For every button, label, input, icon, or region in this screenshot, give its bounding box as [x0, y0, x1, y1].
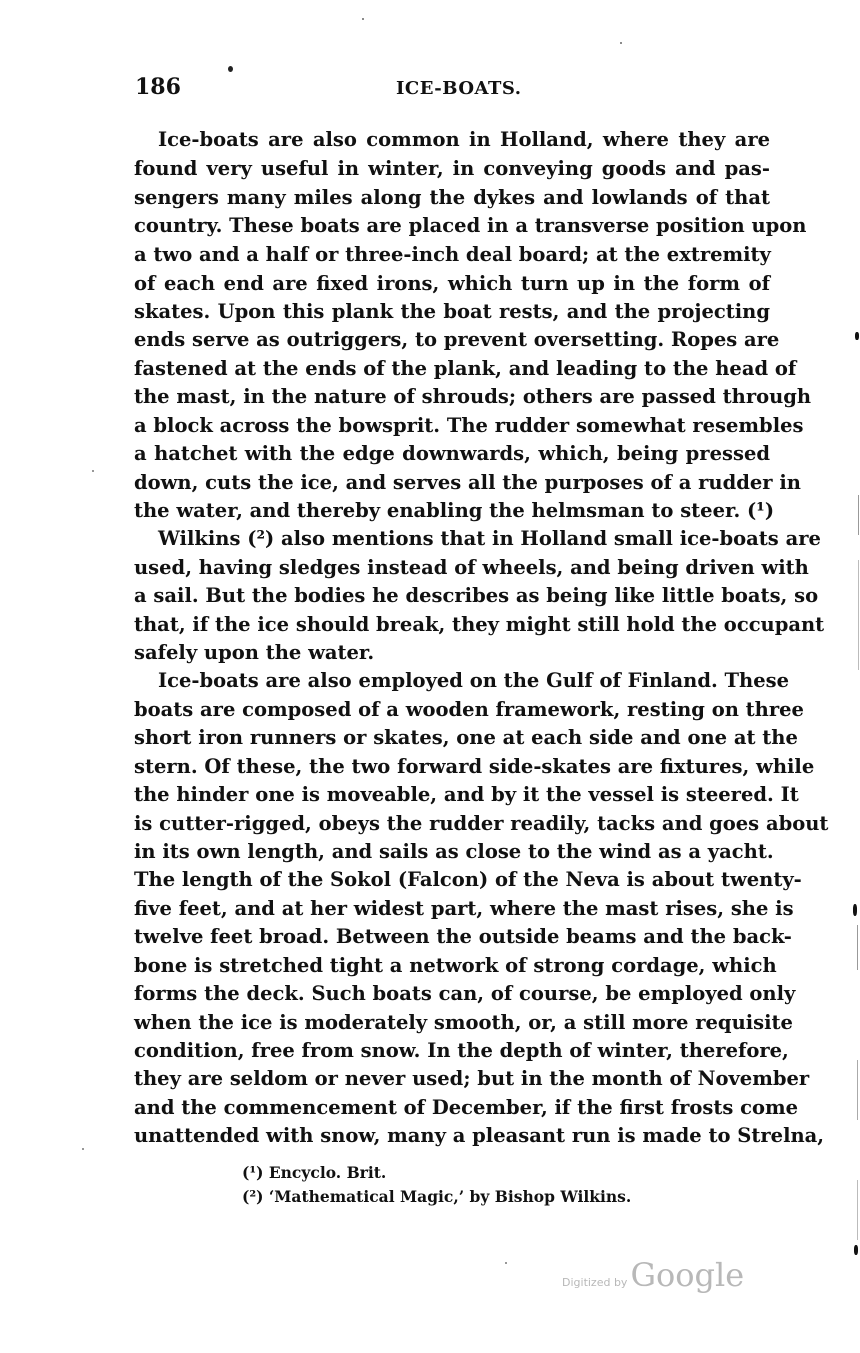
text-line: of each end are fixed irons, which turn …: [134, 270, 770, 298]
edge-artifact: [858, 560, 859, 670]
text-line: ends serve as outriggers, to prevent ove…: [134, 326, 770, 354]
text-line: a two and a half or three-inch deal boar…: [134, 241, 770, 269]
text-line: twelve feet broad. Between the outside b…: [134, 923, 770, 951]
scan-speck: [92, 470, 94, 472]
text-line: stern. Of these, the two forward side-sk…: [134, 753, 770, 781]
text-line: a block across the bowsprit. The rudder …: [134, 412, 770, 440]
text-line: a hatchet with the edge downwards, which…: [134, 440, 770, 468]
edge-artifact: [857, 925, 858, 970]
text-line: the hinder one is moveable, and by it th…: [134, 781, 770, 809]
text-line: condition, free from snow. In the depth …: [134, 1037, 770, 1065]
text-line: the mast, in the nature of shrouds; othe…: [134, 383, 770, 411]
edge-artifact: [855, 332, 859, 340]
text-line: bone is stretched tight a network of str…: [134, 952, 770, 980]
scan-speck: [505, 1262, 507, 1264]
edge-artifact: [857, 1180, 858, 1240]
text-line: unattended with snow, many a pleasant ru…: [134, 1122, 770, 1150]
text-line: boats are composed of a wooden framework…: [134, 696, 770, 724]
text-line: when the ice is moderately smooth, or, a…: [134, 1009, 770, 1037]
text-line: in its own length, and sails as close to…: [134, 838, 770, 866]
running-title: ICE-BOATS.: [396, 78, 522, 99]
text-line: is cutter-rigged, obeys the rudder readi…: [134, 810, 770, 838]
text-line: fastened at the ends of the plank, and l…: [134, 355, 770, 383]
text-line: they are seldom or never used; but in th…: [134, 1065, 770, 1093]
text-line: used, having sledges instead of wheels, …: [134, 554, 770, 582]
text-line: five feet, and at her widest part, where…: [134, 895, 770, 923]
page-number: 186: [135, 74, 181, 100]
book-page: 186 ICE-BOATS. Ice-boats are also common…: [0, 0, 860, 1353]
text-line: that, if the ice should break, they migh…: [134, 611, 770, 639]
edge-artifact: [857, 1060, 858, 1120]
google-logo-text: Google: [630, 1256, 744, 1294]
text-line: The length of the Sokol (Falcon) of the …: [134, 866, 770, 894]
text-line: Ice-boats are also common in Holland, wh…: [158, 126, 770, 154]
watermark-prefix: Digitized by: [562, 1276, 627, 1289]
text-line: found very useful in winter, in conveyin…: [134, 155, 770, 183]
text-line: down, cuts the ice, and serves all the p…: [134, 469, 770, 497]
edge-artifact: [853, 904, 857, 916]
text-line: Wilkins (²) also mentions that in Hollan…: [158, 525, 770, 553]
text-line: skates. Upon this plank the boat rests, …: [134, 298, 770, 326]
scan-speck: [82, 1148, 84, 1150]
edge-artifact: [854, 1245, 858, 1255]
text-line: forms the deck. Such boats can, of cours…: [134, 980, 770, 1008]
text-line: country. These boats are placed in a tra…: [134, 212, 770, 240]
scan-speck: [620, 42, 622, 44]
text-line: sengers many miles along the dykes and l…: [134, 184, 770, 212]
text-line: and the commencement of December, if the…: [134, 1094, 770, 1122]
text-line: Ice-boats are also employed on the Gulf …: [158, 667, 770, 695]
text-line: a sail. But the bodies he describes as b…: [134, 582, 770, 610]
text-line: safely upon the water.: [134, 639, 770, 667]
digitized-by-google-watermark: Digitized byGoogle: [562, 1256, 744, 1294]
edge-artifact: [858, 495, 859, 535]
footnote-1: (¹) Encyclo. Brit.: [242, 1161, 386, 1185]
scan-speck: [362, 18, 364, 20]
text-line: short iron runners or skates, one at eac…: [134, 724, 770, 752]
text-line: the water, and thereby enabling the helm…: [134, 497, 770, 525]
footnote-2: (²) ‘Mathematical Magic,’ by Bishop Wilk…: [242, 1185, 631, 1209]
scan-speck: [228, 66, 233, 72]
